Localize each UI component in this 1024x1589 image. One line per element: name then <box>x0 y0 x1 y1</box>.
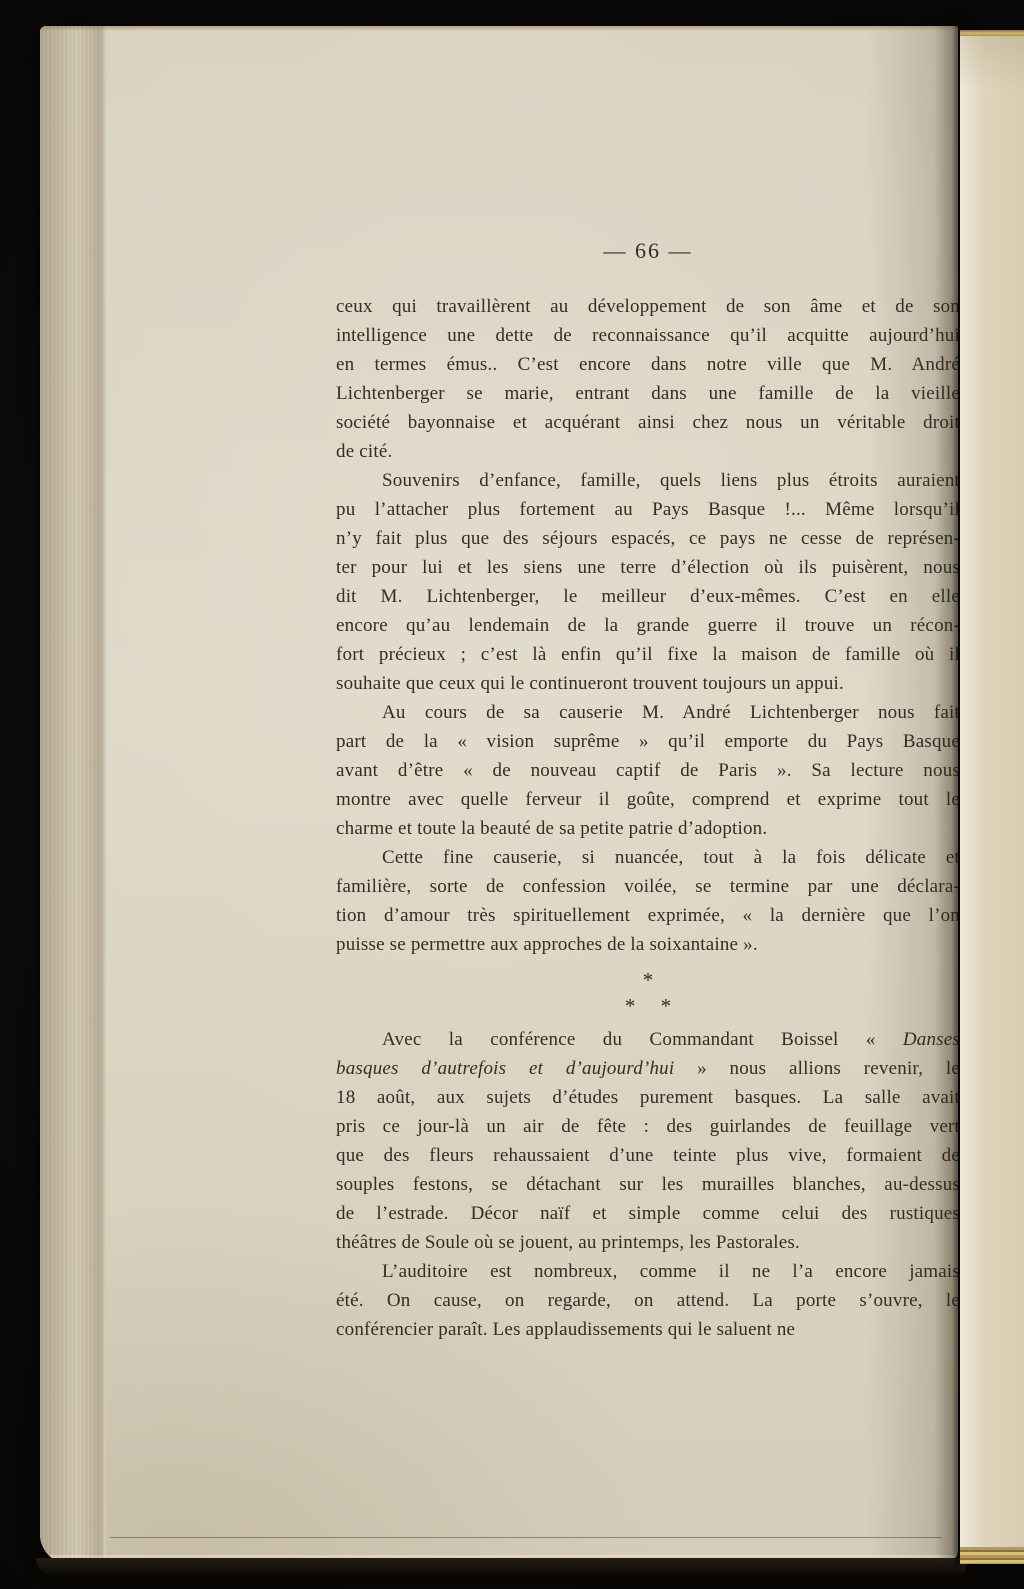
text-line: Souvenirs d’enfance, famille, quels lien… <box>336 466 958 495</box>
paragraph: Au cours de sa causerie M. André Lichten… <box>336 698 958 843</box>
text-line: pu l’attacher plus fortement au Pays Bas… <box>336 495 958 524</box>
paragraph: ceux qui travaillèrent au développement … <box>336 292 958 466</box>
text-line: en termes émus.. C’est encore dans notre… <box>336 350 958 379</box>
paragraph: L’auditoire est nombreux, comme il ne l’… <box>336 1257 958 1344</box>
paragraph: Cette fine causerie, si nuancée, tout à … <box>336 843 958 959</box>
text-line: de l’estrade. Décor naïf et simple comme… <box>336 1199 958 1228</box>
page-shadow <box>36 1558 966 1576</box>
text-line: familière, sorte de confession voilée, s… <box>336 872 958 901</box>
text-line: souhaite que ceux qui le continueront tr… <box>336 669 958 698</box>
paragraph: Avec la conférence du Commandant Boissel… <box>336 1025 958 1257</box>
text-line: tion d’amour très spirituellement exprim… <box>336 901 958 930</box>
text-line: encore qu’au lendemain de la grande guer… <box>336 611 958 640</box>
text-line: part de la « vision suprême » qu’il empo… <box>336 727 958 756</box>
book-page: — 66 — ceux qui travaillèrent au dévelop… <box>40 26 958 1564</box>
section-separator: ** * <box>336 959 958 1025</box>
text-line: été. On cause, on regarde, on attend. La… <box>336 1286 958 1315</box>
text-line: théâtres de Soule où se jouent, au print… <box>336 1228 958 1257</box>
text-line: avant d’être « de nouveau captif de Pari… <box>336 756 958 785</box>
photo-background: — 66 — ceux qui travaillèrent au dévelop… <box>0 0 1024 1589</box>
page-number: — 66 — <box>336 238 958 264</box>
gilt-bottom-edge <box>960 1547 1024 1564</box>
text-block: ceux qui travaillèrent au développement … <box>336 292 958 1344</box>
text-line: pris ce jour-là un air de fête : des gui… <box>336 1112 958 1141</box>
text-line: basques d’autrefois et d’aujourd’hui » n… <box>336 1054 958 1083</box>
gilt-top-edge <box>960 30 1024 36</box>
text-line: Avec la conférence du Commandant Boissel… <box>336 1025 958 1054</box>
text-line: intelligence une dette de reconnaissance… <box>336 321 958 350</box>
text-line: de cité. <box>336 437 958 466</box>
text-line: n’y fait plus que des séjours espacés, c… <box>336 524 958 553</box>
text-line: ter pour lui et les siens une terre d’él… <box>336 553 958 582</box>
text-line: charme et toute la beauté de sa petite p… <box>336 814 958 843</box>
text-line: Cette fine causerie, si nuancée, tout à … <box>336 843 958 872</box>
text-line: L’auditoire est nombreux, comme il ne l’… <box>336 1257 958 1286</box>
page-stack-fore-edge <box>40 26 106 1564</box>
separator-asterisk-top: * <box>336 967 958 993</box>
page-bottom-crease <box>110 1537 942 1538</box>
page-top-edge <box>40 26 958 31</box>
text-line: 18 août, aux sujets d’études purement ba… <box>336 1083 958 1112</box>
paragraph: Souvenirs d’enfance, famille, quels lien… <box>336 466 958 698</box>
separator-asterisks-bottom: * * <box>336 993 958 1019</box>
text-line: montre avec quelle ferveur il goûte, com… <box>336 785 958 814</box>
text-line: que des fleurs rehaussaient d’une teinte… <box>336 1141 958 1170</box>
text-line: souples festons, se détachant sur les mu… <box>336 1170 958 1199</box>
text-line: dit M. Lichtenberger, le meilleur d’eux-… <box>336 582 958 611</box>
text-line: ceux qui travaillèrent au développement … <box>336 292 958 321</box>
text-line: Au cours de sa causerie M. André Lichten… <box>336 698 958 727</box>
text-line: conférencier paraît. Les applaudissement… <box>336 1315 958 1344</box>
text-line: puisse se permettre aux approches de la … <box>336 930 958 959</box>
text-line: Lichtenberger se marie, entrant dans une… <box>336 379 958 408</box>
adjacent-page-edge <box>960 30 1024 1564</box>
text-line: fort précieux ; c’est là enfin qu’il fix… <box>336 640 958 669</box>
text-line: société bayonnaise et acquérant ainsi ch… <box>336 408 958 437</box>
